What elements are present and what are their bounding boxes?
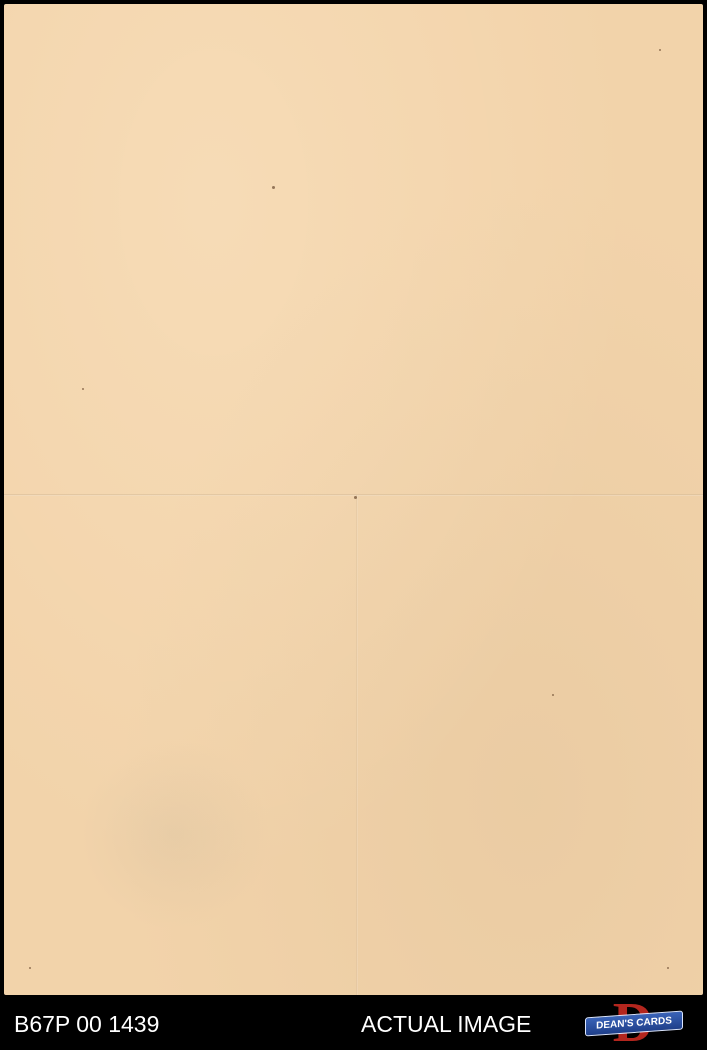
sku-label: B67P 00 1439 — [14, 1011, 159, 1038]
paper-speck — [29, 967, 31, 969]
paper-speck — [667, 967, 669, 969]
card-back-image — [4, 4, 703, 995]
paper-speck — [659, 49, 661, 51]
logo-ribbon: DEAN'S CARDS — [585, 1011, 683, 1037]
paper-speck — [82, 388, 84, 390]
actual-image-label: ACTUAL IMAGE — [361, 1011, 531, 1038]
paper-speck — [552, 694, 554, 696]
footer-bar: B67P 00 1439 ACTUAL IMAGE D DEAN'S CARDS — [0, 995, 707, 1050]
vertical-fold-line — [356, 495, 358, 995]
paper-speck — [272, 186, 275, 189]
deans-cards-logo: D DEAN'S CARDS — [585, 999, 681, 1047]
paper-speck — [354, 496, 357, 499]
